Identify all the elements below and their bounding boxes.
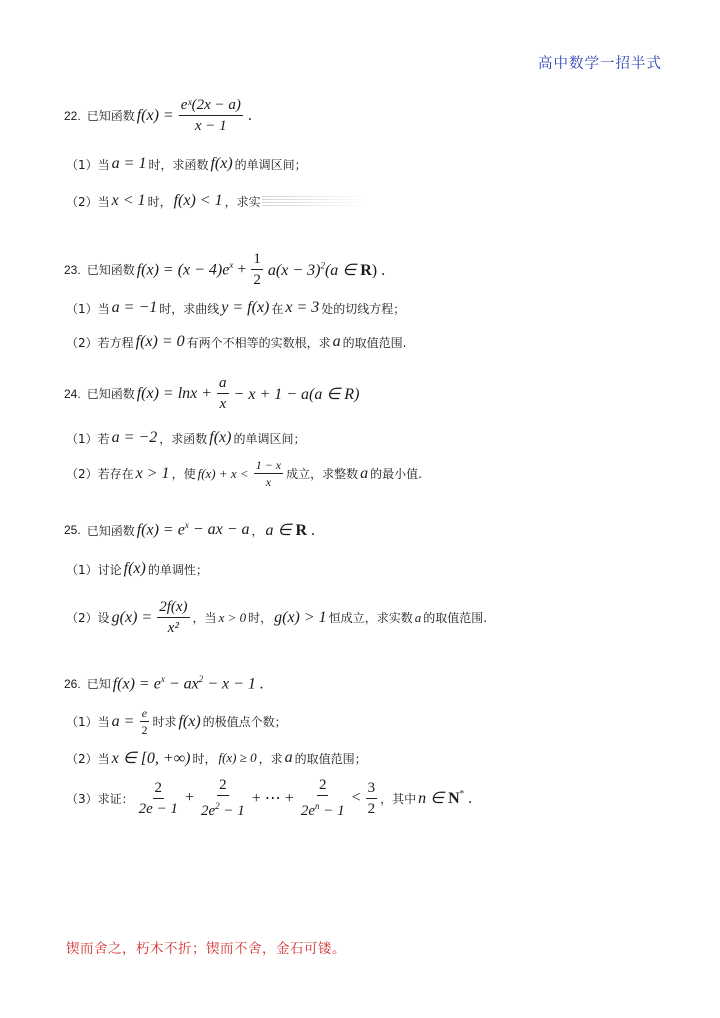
formula-part: n ∈: [418, 790, 448, 807]
footer-motto: 锲而舍之，朽木不折；锲而不舍，金石可镂。: [66, 937, 346, 957]
formula-part: f(x) = e: [113, 675, 161, 692]
formula-part: f(x) = lnx +: [137, 385, 212, 403]
part-math: f(x): [210, 155, 232, 173]
part-math: f(x): [209, 429, 231, 447]
formula: f(x) = ex − ax2 − x − 1 .: [113, 674, 264, 693]
part-math: a: [333, 333, 341, 351]
fraction-denominator: 2e − 1: [137, 799, 180, 818]
problem-number: 24.: [64, 387, 81, 401]
part-label: （1）: [66, 430, 98, 447]
fraction-numerator: eˣ(2x − a): [179, 96, 243, 116]
part-math: f(x) + x <: [198, 466, 249, 482]
part-label: （2）: [66, 193, 98, 210]
reals-symbol: R: [295, 522, 307, 539]
formula-part: f(x) = e: [137, 522, 185, 539]
intro-text: 已知函数: [87, 261, 135, 278]
three-halves-fraction: 3 2: [366, 779, 378, 818]
end-period: .: [248, 107, 252, 125]
part-math: a: [360, 465, 368, 483]
superscript: x: [185, 520, 189, 530]
fraction-numerator: 2: [317, 776, 329, 796]
denominator-base: 2e: [301, 803, 315, 819]
fraction-numerator: e: [140, 706, 149, 722]
part-text: 的极值点个数；: [203, 713, 287, 730]
part-text: 的取值范围；: [295, 750, 367, 767]
fraction-numerator: 2: [153, 779, 165, 799]
part-text: 在: [271, 300, 283, 317]
part-text: ，求实: [225, 193, 261, 210]
problem-22-part-1: （1） 当 a = 1 时，求函数 f(x) 的单调区间；: [66, 155, 307, 173]
part-text: 的取值范围.: [423, 609, 487, 626]
a-over-x-fraction: a x: [217, 374, 229, 413]
formula-part: f(x) = (x − 4)e: [137, 261, 230, 278]
end-period: .: [464, 790, 472, 807]
problem-26-part-3: （3） 求证： 2 2e − 1 + 2 2e2 − 1 + ⋯ + 2 2en…: [66, 776, 474, 820]
problem-22-statement: 22. 已知函数 f(x) = eˣ(2x − a) x − 1 .: [64, 96, 254, 135]
ellipsis-sum: + ⋯ +: [252, 788, 294, 808]
formula: f(x) = (x − 4)ex: [137, 260, 234, 279]
part-text: ，求函数: [159, 430, 207, 447]
part-text: 时，求曲线: [159, 300, 219, 317]
fraction-denominator: 2en − 1: [299, 796, 347, 820]
fraction-denominator: 2: [139, 722, 149, 737]
problem-24-part-2: （2） 若存在 x > 1 ，使 f(x) + x < 1 − x x 成立，求…: [66, 458, 422, 489]
fraction-numerator: 2: [217, 776, 229, 796]
formula-lhs: f(x) =: [137, 107, 174, 125]
fraction-denominator: 2: [251, 270, 263, 289]
part-label: （2）: [66, 465, 98, 482]
problem-number: 23.: [64, 263, 81, 277]
problem-25-part-1: （1） 讨论 f(x) 的单调性；: [66, 560, 208, 578]
part-label: （2）: [66, 334, 98, 351]
part-math: a = −1: [112, 299, 158, 317]
formula-part: − x + 1 − a(a ∈ R): [234, 384, 360, 404]
half-fraction: 1 2: [251, 250, 263, 289]
intro-text: 已知函数: [87, 385, 135, 402]
intro-text: 已知函数: [87, 522, 135, 539]
e-over-2-fraction: e 2: [139, 706, 149, 737]
part-label: （3）: [66, 790, 98, 807]
part-text: ，其中: [380, 790, 416, 807]
part-text: 若方程: [98, 334, 134, 351]
sum-term-1: 2 2e − 1: [137, 779, 180, 818]
part-text: 设: [98, 609, 110, 626]
problem-25-part-2: （2） 设 g(x) = 2f(x) x² ，当 x > 0 时， g(x) >…: [66, 598, 487, 637]
plus-sign: +: [185, 789, 194, 807]
less-than-sign: <: [352, 789, 361, 807]
part-label: （1）: [66, 561, 98, 578]
problem-23-part-2: （2） 若方程 f(x) = 0 有两个不相等的实数根，求 a 的取值范围.: [66, 333, 407, 351]
part-text: 恒成立，求实数: [329, 609, 413, 626]
part-math: x = 3: [285, 299, 319, 317]
problem-number: 25.: [64, 523, 81, 537]
part-text: 时，: [192, 750, 216, 767]
part-text: 有两个不相等的实数根，求: [187, 334, 331, 351]
part-text: 时，: [248, 609, 272, 626]
formula-fraction: eˣ(2x − a) x − 1: [179, 96, 243, 135]
part-math: a: [285, 749, 293, 767]
fraction-denominator: 2e2 − 1: [199, 796, 247, 820]
part-label: （1）: [66, 300, 98, 317]
part-math: a: [415, 610, 422, 626]
problem-number: 22.: [64, 109, 81, 123]
part-text: 的单调性；: [148, 561, 208, 578]
problem-23-part-1: （1） 当 a = −1 时，求曲线 y = f(x) 在 x = 3 处的切线…: [66, 299, 405, 317]
part-text: 当: [98, 193, 110, 210]
problem-26-part-1: （1） 当 a = e 2 时求 f(x) 的极值点个数；: [66, 706, 287, 737]
part-math: g(x) > 1: [274, 609, 327, 627]
problem-24-statement: 24. 已知函数 f(x) = lnx + a x − x + 1 − a(a …: [64, 374, 361, 413]
part-text: ，使: [172, 465, 196, 482]
part-text: 的取值范围.: [343, 334, 407, 351]
formula: a ∈ R .: [266, 520, 316, 540]
part-text: 时，: [148, 193, 172, 210]
part-text: 若: [98, 430, 110, 447]
intro-text: 已知函数: [87, 107, 135, 124]
part-math: a = −2: [112, 429, 158, 447]
part-label: （1）: [66, 713, 98, 730]
part-math: x < 1: [112, 192, 146, 210]
fraction-denominator: x²: [166, 618, 181, 637]
part-text: 时，求函数: [148, 156, 208, 173]
formula-part: (a ∈: [325, 262, 360, 279]
part-math: f(x) ≥ 0: [218, 750, 256, 766]
part-math: g(x) =: [112, 609, 153, 627]
formula-part: − ax: [169, 675, 199, 692]
part-label: （1）: [66, 156, 98, 173]
part-label: （2）: [66, 609, 98, 626]
part-text: 求证：: [98, 790, 134, 807]
formula-part: a ∈: [266, 522, 296, 539]
part-math: f(x): [178, 713, 200, 731]
part-math: f(x) < 1: [174, 192, 223, 210]
part-text: 的单调区间；: [235, 156, 307, 173]
part-text: 讨论: [98, 561, 122, 578]
problem-23-statement: 23. 已知函数 f(x) = (x − 4)ex + 1 2 a(x − 3)…: [64, 250, 387, 289]
formula-part: ) .: [372, 262, 385, 279]
part-text: 若存在: [98, 465, 134, 482]
part-math: x ∈ [0, +∞): [112, 748, 191, 768]
sum-term-n: 2 2en − 1: [299, 776, 347, 820]
part-text: 成立，求整数: [286, 465, 358, 482]
inequality-fraction: 1 − x x: [254, 458, 283, 489]
part-math: x > 0: [219, 610, 247, 626]
part-text: 当: [98, 300, 110, 317]
part-math: a = 1: [112, 155, 147, 173]
part-math: f(x) = 0: [136, 333, 185, 351]
reals-symbol: R: [360, 262, 372, 279]
formula-part: a(x − 3): [268, 262, 321, 279]
problem-26-part-2: （2） 当 x ∈ [0, +∞) 时， f(x) ≥ 0 ，求 a 的取值范围…: [66, 748, 367, 768]
part-text: 当: [98, 750, 110, 767]
formula: n ∈ N* .: [418, 788, 472, 808]
part-text: 的最小值.: [370, 465, 422, 482]
formula: a(x − 3)2(a ∈ R) .: [268, 260, 385, 280]
fraction-denominator: x: [217, 394, 228, 413]
fraction-numerator: 3: [366, 779, 378, 799]
sum-term-2: 2 2e2 − 1: [199, 776, 247, 820]
part-math: a =: [112, 713, 135, 731]
fraction-numerator: 1: [251, 250, 263, 270]
formula-part: − ax − a: [193, 521, 250, 539]
problem-25-statement: 25. 已知函数 f(x) = ex − ax − a ， a ∈ R .: [64, 520, 317, 540]
problem-26-statement: 26. 已知 f(x) = ex − ax2 − x − 1 .: [64, 674, 266, 693]
truncated-text-fade: [262, 196, 367, 206]
fraction-numerator: 1 − x: [254, 458, 283, 474]
g-fraction: 2f(x) x²: [157, 598, 189, 637]
page-header-title: 高中数学一招半式: [538, 52, 662, 73]
denominator-tail: − 1: [220, 803, 245, 819]
part-text: 当: [98, 713, 110, 730]
part-text: ，求: [259, 750, 283, 767]
fraction-numerator: 2f(x): [157, 598, 189, 618]
part-text: 时求: [152, 713, 176, 730]
problem-22-part-2: （2） 当 x < 1 时， f(x) < 1 ，求实: [66, 192, 367, 210]
part-label: （2）: [66, 750, 98, 767]
problem-number: 26.: [64, 677, 81, 691]
part-math: y = f(x): [221, 299, 269, 317]
end-period: .: [307, 522, 315, 539]
part-math: f(x): [124, 560, 146, 578]
separator: ，: [252, 522, 264, 539]
part-text: 处的切线方程；: [321, 300, 405, 317]
formula-part: − x − 1 .: [207, 675, 264, 692]
superscript: x: [229, 260, 233, 270]
formula: f(x) = ex: [137, 520, 189, 539]
plus-sign: +: [237, 261, 246, 279]
superscript: x: [161, 674, 165, 684]
fraction-denominator: x: [264, 474, 273, 489]
fraction-denominator: x − 1: [193, 116, 229, 135]
superscript: 2: [199, 674, 204, 684]
part-text: 当: [98, 156, 110, 173]
fraction-denominator: 2: [366, 799, 378, 818]
part-text: 的单调区间；: [233, 430, 305, 447]
denominator-tail: − 1: [319, 803, 344, 819]
intro-text: 已知: [87, 675, 111, 692]
fraction-numerator: a: [217, 374, 229, 394]
problem-24-part-1: （1） 若 a = −2 ，求函数 f(x) 的单调区间；: [66, 429, 305, 447]
part-math: x > 1: [136, 465, 170, 483]
naturals-symbol: N: [448, 790, 460, 807]
part-text: ，当: [193, 609, 217, 626]
denominator-base: 2e: [201, 803, 215, 819]
